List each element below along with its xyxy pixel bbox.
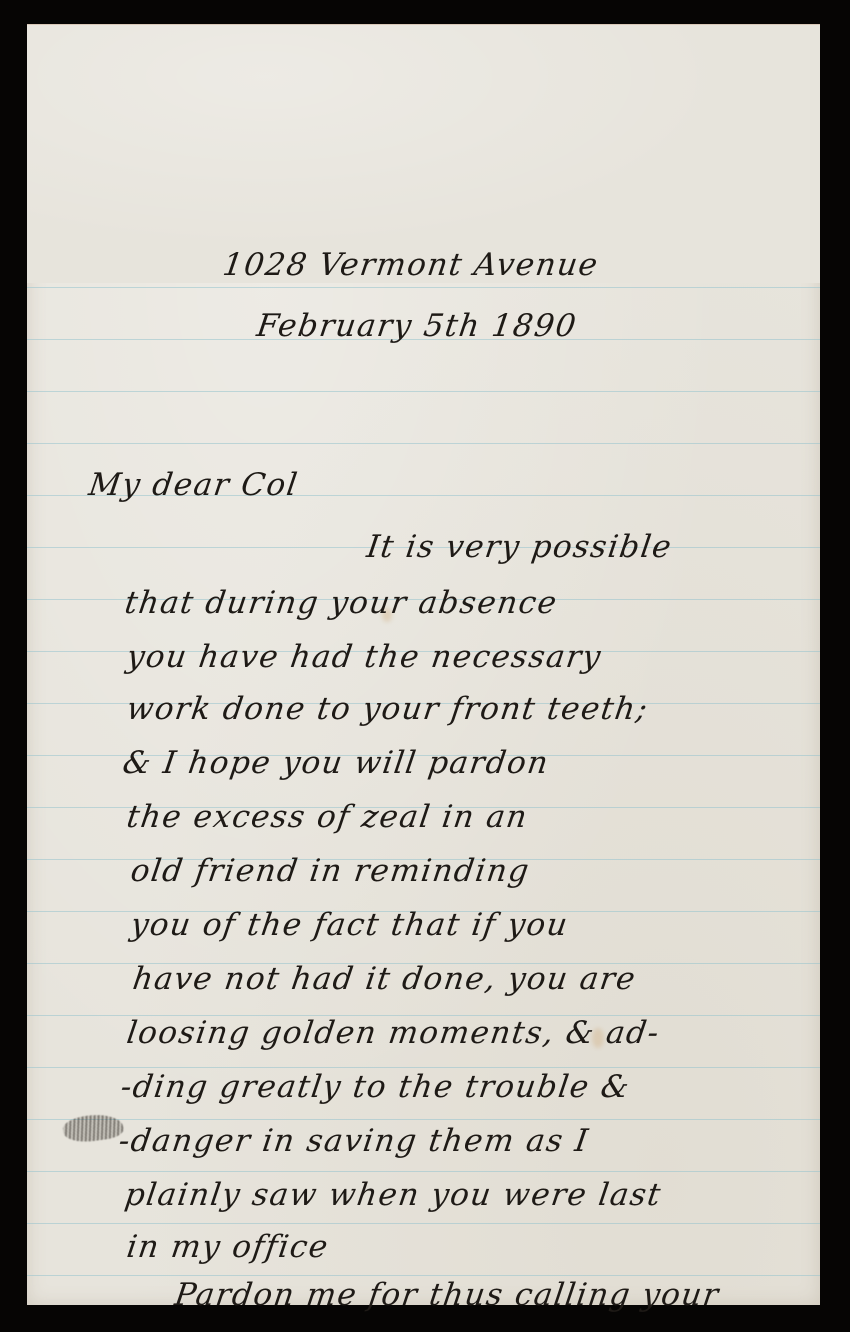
body-line: -danger in saving them as I xyxy=(116,1123,591,1159)
body-line: plainly saw when you were last xyxy=(122,1177,664,1213)
salutation: My dear Col xyxy=(86,467,300,503)
body-line: you of the fact that if you xyxy=(128,907,570,943)
body-line: & I hope you will pardon xyxy=(120,745,551,781)
body-line: in my office xyxy=(124,1229,331,1265)
date-line: February 5th 1890 xyxy=(254,308,579,344)
body-line: that during your absence xyxy=(122,585,560,621)
body-line: old friend in reminding xyxy=(128,853,532,889)
paper-header-blank xyxy=(27,25,820,283)
body-line: loosing golden moments, & ad- xyxy=(124,1015,662,1051)
address-line: 1028 Vermont Avenue xyxy=(220,247,601,283)
body-line: work done to your front teeth; xyxy=(124,691,650,727)
body-line: It is very possible xyxy=(364,529,674,565)
body-line: have not had it done, you are xyxy=(130,961,638,997)
ink-smudge xyxy=(61,1111,124,1145)
body-line: Pardon me for thus calling your xyxy=(172,1277,721,1313)
body-line: -ding greatly to the trouble & xyxy=(118,1069,632,1105)
letter-page: 1028 Vermont Avenue February 5th 1890 My… xyxy=(27,24,820,1305)
body-line: you have had the necessary xyxy=(124,639,604,675)
body-line: the excess of zeal in an xyxy=(124,799,530,835)
